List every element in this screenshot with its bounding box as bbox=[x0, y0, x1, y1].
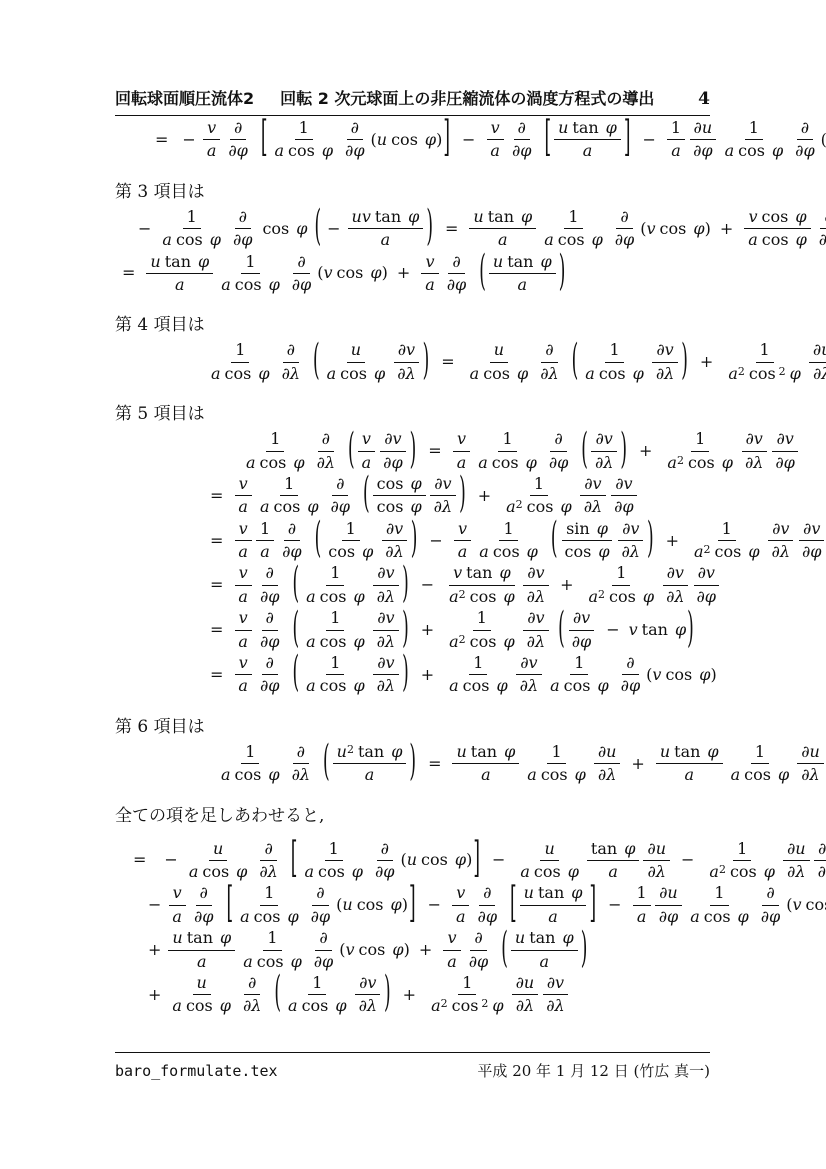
fraction: ∂∂φ bbox=[256, 609, 283, 651]
fraction: ∂∂φ bbox=[327, 475, 354, 517]
fraction: utanφa bbox=[452, 743, 519, 785]
equation-line: =−uacosφ∂∂λ[1acosφ∂∂φ(ucosφ)]−uacosφtanφ… bbox=[128, 840, 710, 882]
fraction: ∂v∂λ bbox=[652, 341, 678, 383]
fraction: vtanφa2cosφ bbox=[445, 564, 519, 606]
equation-line: =va1acosφ∂∂φ(cosφcosφ∂v∂λ)+1a2cosφ∂v∂λ∂v… bbox=[205, 475, 710, 517]
fraction: 1acosφ bbox=[475, 520, 542, 562]
bracket-group: [1acosφ∂∂φ(ucosφ)] bbox=[260, 119, 451, 161]
fraction: va bbox=[234, 654, 252, 696]
fraction: ∂∂λ bbox=[278, 341, 304, 383]
fraction: ∂v∂φ bbox=[692, 564, 719, 606]
fraction: ∂u∂φ bbox=[814, 840, 826, 882]
fraction: uacosφ bbox=[168, 974, 235, 1016]
section: 全ての項を足しあわせると,=−uacosφ∂∂λ[1acosφ∂∂φ(ucosφ… bbox=[115, 801, 710, 1016]
equation-line: =va∂∂φ(1acosφ∂v∂λ)+1acosφ∂v∂λ1acosφ∂∂φ(v… bbox=[205, 654, 710, 696]
fraction: ∂v∂λ bbox=[355, 974, 381, 1016]
bracket-group: (sinφcosφ∂v∂λ) bbox=[550, 520, 655, 562]
fraction: tanφa bbox=[587, 840, 639, 882]
fraction: ∂v∂φ bbox=[610, 475, 637, 517]
bracket-group: [utanφa] bbox=[543, 119, 631, 161]
section-heading: 第 4 項目は bbox=[115, 310, 710, 335]
fraction: ∂v∂λ bbox=[523, 609, 549, 651]
fraction: 1acosφ bbox=[302, 609, 369, 651]
bracket-group: (u2tanφa) bbox=[322, 743, 417, 785]
equation-line: =−va∂∂φ[1acosφ∂∂φ(ucosφ)]−va∂∂φ[utanφa]−… bbox=[150, 119, 710, 161]
fraction: uacosφ bbox=[185, 840, 252, 882]
fraction: 1acosφ bbox=[445, 654, 512, 696]
bracket-group: (∂v∂λ) bbox=[580, 430, 628, 472]
footer-date: 平成 20 年 1 月 12 日 (竹広 真一) bbox=[477, 1060, 710, 1081]
fraction: vcosφacosφ bbox=[744, 208, 811, 250]
fraction: va bbox=[234, 609, 252, 651]
fraction: ∂u∂λ bbox=[809, 341, 826, 383]
fraction: va bbox=[443, 929, 461, 971]
fraction: 1a2cosφ bbox=[585, 564, 659, 606]
fraction: ∂v∂φ bbox=[771, 430, 798, 472]
equation-line: 1acosφ∂∂λ(uacosφ∂v∂λ)=uacosφ∂∂λ(1acosφ∂v… bbox=[205, 341, 710, 383]
fraction: ∂∂λ bbox=[239, 974, 265, 1016]
bracket-group: (cosφcosφ∂v∂λ) bbox=[362, 475, 467, 517]
fraction: 1acosφ bbox=[270, 119, 337, 161]
section: 第 6 項目は1acosφ∂∂λ(u2tanφa)=utanφa1acosφ∂u… bbox=[115, 712, 710, 785]
fraction: 1a2cosφ bbox=[663, 430, 737, 472]
fraction: ∂∂φ bbox=[611, 208, 638, 250]
section: 第 5 項目は1acosφ∂∂λ(va∂v∂φ)=va1acosφ∂∂φ(∂v∂… bbox=[115, 399, 710, 696]
section: =−va∂∂φ[1acosφ∂∂φ(ucosφ)]−va∂∂φ[utanφa]−… bbox=[115, 119, 710, 161]
fraction: 1a bbox=[667, 119, 685, 161]
fraction: 1acosφ bbox=[236, 884, 303, 926]
fraction: ∂v∂λ bbox=[768, 520, 794, 562]
fraction: ∂v∂λ bbox=[580, 475, 606, 517]
equation-line: =va∂∂φ(1acosφ∂v∂λ)+1a2cosφ∂v∂λ(∂v∂φ−vtan… bbox=[205, 609, 710, 651]
header-section-title: 回転 2 次元球面上の非圧縮流体の渦度方程式の導出 bbox=[280, 86, 654, 109]
fraction: uvtanφa bbox=[348, 208, 424, 250]
fraction: ∂∂φ bbox=[545, 430, 572, 472]
bracket-group: [1acosφ∂∂φ(ucosφ)] bbox=[225, 884, 416, 926]
header-titles: 回転球面順圧流体2 回転 2 次元球面上の非圧縮流体の渦度方程式の導出 bbox=[115, 86, 654, 109]
fraction: 1a2cosφ bbox=[705, 840, 779, 882]
fraction: 1acosφ bbox=[581, 341, 648, 383]
fraction: 1acosφ bbox=[217, 253, 284, 295]
fraction: ∂v∂λ bbox=[381, 520, 407, 562]
fraction: 1a2cosφ bbox=[445, 609, 519, 651]
fraction: ∂v∂λ bbox=[373, 609, 399, 651]
fraction: 1acosφ bbox=[546, 654, 613, 696]
fraction: va bbox=[358, 430, 376, 472]
fraction: ∂∂φ bbox=[815, 208, 826, 250]
fraction: 1a2cosφ bbox=[690, 520, 764, 562]
fraction: va bbox=[486, 119, 504, 161]
fraction: 1acosφ bbox=[721, 119, 788, 161]
fraction: va bbox=[452, 884, 470, 926]
fraction: ∂v∂λ bbox=[542, 974, 568, 1016]
page: 回転球面順圧流体2 回転 2 次元球面上の非圧縮流体の渦度方程式の導出 4 =−… bbox=[0, 0, 826, 1169]
fraction: ∂v∂λ bbox=[516, 654, 542, 696]
bracket-group: (1acosφ∂v∂λ) bbox=[571, 341, 689, 383]
fraction: 1acosφ bbox=[686, 884, 753, 926]
bracket-group: (va∂v∂φ) bbox=[347, 430, 417, 472]
fraction: 1acosφ bbox=[284, 974, 351, 1016]
fraction: ∂∂φ bbox=[190, 884, 217, 926]
section-heading: 第 3 項目は bbox=[115, 177, 710, 202]
document-title: 回転球面順圧流体2 bbox=[115, 86, 254, 109]
fraction: va bbox=[168, 884, 186, 926]
fraction: ∂u∂φ bbox=[655, 884, 682, 926]
fraction: 1acosφ bbox=[474, 430, 541, 472]
fraction: ∂∂φ bbox=[288, 253, 315, 295]
fraction: cosφcosφ bbox=[373, 475, 426, 517]
bracket-group: (uacosφ∂v∂λ) bbox=[312, 341, 430, 383]
bracket-group: (∂v∂φ−vtanφ) bbox=[557, 609, 695, 651]
section-heading: 全ての項を足しあわせると, bbox=[115, 801, 710, 826]
footer-filename: baro_formulate.tex bbox=[115, 1062, 278, 1080]
fraction: 1a2cos2φ bbox=[724, 341, 805, 383]
fraction: ∂∂λ bbox=[313, 430, 339, 472]
fraction: 1cosφ bbox=[324, 520, 377, 562]
fraction: va bbox=[453, 430, 471, 472]
fraction: ∂∂φ bbox=[256, 654, 283, 696]
fraction: ∂v∂λ bbox=[618, 520, 644, 562]
fraction: 1acosφ bbox=[302, 654, 369, 696]
fraction: 1a bbox=[633, 884, 651, 926]
bracket-group: (1acosφ∂v∂λ) bbox=[291, 609, 409, 651]
fraction: utanφa bbox=[554, 119, 621, 161]
bracket-group: (utanφa) bbox=[500, 929, 588, 971]
fraction: 1acosφ bbox=[727, 743, 794, 785]
fraction: utanφa bbox=[469, 208, 536, 250]
fraction: ∂∂φ bbox=[465, 929, 492, 971]
document-body: =−va∂∂φ[1acosφ∂∂φ(ucosφ)]−va∂∂φ[utanφa]−… bbox=[115, 119, 710, 1016]
equation-line: =va1a∂∂φ(1cosφ∂v∂λ)−va1acosφ(sinφcosφ∂v∂… bbox=[205, 520, 710, 562]
equation-line: −1acosφ∂∂φcosφ(−uvtanφa)=utanφa1acosφ∂∂φ… bbox=[133, 208, 710, 250]
bracket-group: (1acosφ∂v∂λ) bbox=[291, 564, 409, 606]
fraction: uacosφ bbox=[516, 840, 583, 882]
fraction: utanφa bbox=[489, 253, 556, 295]
bracket-group: (utanφa) bbox=[478, 253, 566, 295]
fraction: ∂∂λ bbox=[288, 743, 314, 785]
page-number: 4 bbox=[698, 89, 710, 109]
fraction: 1acosφ bbox=[540, 208, 607, 250]
fraction: 1a2cosφ bbox=[502, 475, 576, 517]
fraction: ∂∂φ bbox=[341, 119, 368, 161]
section-heading: 第 5 項目は bbox=[115, 399, 710, 424]
section: 第 4 項目は1acosφ∂∂λ(uacosφ∂v∂λ)=uacosφ∂∂λ(1… bbox=[115, 310, 710, 383]
fraction: 1acosφ bbox=[242, 430, 309, 472]
fraction: utanφa bbox=[656, 743, 723, 785]
fraction: ∂∂φ bbox=[278, 520, 305, 562]
fraction: 1acosφ bbox=[217, 743, 284, 785]
fraction: utanφa bbox=[520, 884, 587, 926]
equation-line: =va∂∂φ(1acosφ∂v∂λ)−vtanφa2cosφ∂v∂λ+1a2co… bbox=[205, 564, 710, 606]
fraction: ∂∂φ bbox=[371, 840, 398, 882]
fraction: ∂v∂λ bbox=[430, 475, 456, 517]
section-heading: 第 6 項目は bbox=[115, 712, 710, 737]
fraction: 1acosφ bbox=[300, 840, 367, 882]
fraction: uacosφ bbox=[323, 341, 390, 383]
fraction: ∂∂φ bbox=[229, 208, 256, 250]
equation-line: =utanφa1acosφ∂∂φ(vcosφ)+va∂∂φ(utanφa) bbox=[117, 253, 710, 295]
fraction: ∂v∂λ bbox=[373, 654, 399, 696]
fraction: uacosφ bbox=[466, 341, 533, 383]
fraction: ∂∂φ bbox=[307, 884, 334, 926]
equation-line: 1acosφ∂∂λ(va∂v∂φ)=va1acosφ∂∂φ(∂v∂λ)+1a2c… bbox=[240, 430, 710, 472]
fraction: ∂u∂λ bbox=[594, 743, 621, 785]
fraction: ∂∂φ bbox=[443, 253, 470, 295]
fraction: utanφa bbox=[168, 929, 235, 971]
fraction: 1acosφ bbox=[256, 475, 323, 517]
equation-line: 1acosφ∂∂λ(u2tanφa)=utanφa1acosφ∂u∂λ+utan… bbox=[215, 743, 710, 785]
fraction: va bbox=[234, 520, 252, 562]
fraction: ∂u∂λ bbox=[643, 840, 670, 882]
bracket-group: (−uvtanφa) bbox=[313, 208, 434, 250]
fraction: ∂u∂λ bbox=[512, 974, 539, 1016]
fraction: ∂u∂λ bbox=[797, 743, 824, 785]
fraction: ∂v∂φ bbox=[798, 520, 825, 562]
fraction: ∂v∂λ bbox=[373, 564, 399, 606]
equation-line: +utanφa1acosφ∂∂φ(vcosφ)+va∂∂φ(utanφa) bbox=[143, 929, 710, 971]
fraction: utanφa bbox=[511, 929, 578, 971]
bracket-group: [utanφa] bbox=[509, 884, 597, 926]
fraction: ∂v∂φ bbox=[568, 609, 595, 651]
fraction: ∂∂φ bbox=[256, 564, 283, 606]
fraction: va bbox=[234, 564, 252, 606]
fraction: 1a bbox=[256, 520, 274, 562]
bracket-group: [1acosφ∂∂φ(ucosφ)] bbox=[290, 840, 481, 882]
fraction: ∂v∂λ bbox=[523, 564, 549, 606]
bracket-group: (1acosφ∂v∂λ) bbox=[273, 974, 391, 1016]
bracket-group: (1cosφ∂v∂λ) bbox=[314, 520, 419, 562]
fraction: ∂v∂λ bbox=[662, 564, 688, 606]
fraction: ∂u∂φ bbox=[689, 119, 716, 161]
fraction: u2tanφa bbox=[333, 743, 407, 785]
fraction: ∂v∂λ bbox=[591, 430, 617, 472]
fraction: 1acosφ bbox=[302, 564, 369, 606]
fraction: 1a2cos2φ bbox=[427, 974, 508, 1016]
fraction: ∂v∂φ bbox=[379, 430, 406, 472]
page-header: 回転球面順圧流体2 回転 2 次元球面上の非圧縮流体の渦度方程式の導出 4 bbox=[115, 86, 710, 116]
fraction: utanφa bbox=[146, 253, 213, 295]
section: 第 3 項目は−1acosφ∂∂φcosφ(−uvtanφa)=utanφa1a… bbox=[115, 177, 710, 295]
fraction: ∂∂φ bbox=[757, 884, 784, 926]
bracket-group: (1acosφ∂v∂λ) bbox=[291, 654, 409, 696]
fraction: 1acosφ bbox=[158, 208, 225, 250]
fraction: ∂∂φ bbox=[508, 119, 535, 161]
fraction: va bbox=[421, 253, 439, 295]
fraction: va bbox=[234, 475, 252, 517]
fraction: va bbox=[454, 520, 472, 562]
fraction: ∂∂λ bbox=[255, 840, 281, 882]
fraction: ∂∂φ bbox=[310, 929, 337, 971]
fraction: 1acosφ bbox=[523, 743, 590, 785]
equation-line: −va∂∂φ[1acosφ∂∂φ(ucosφ)]−va∂∂φ[utanφa]−1… bbox=[143, 884, 710, 926]
equation-line: +uacosφ∂∂λ(1acosφ∂v∂λ)+1a2cos2φ∂u∂λ∂v∂λ bbox=[143, 974, 710, 1016]
fraction: 1acosφ bbox=[207, 341, 274, 383]
fraction: ∂v∂λ bbox=[741, 430, 767, 472]
fraction: ∂u∂λ bbox=[783, 840, 810, 882]
fraction: ∂∂φ bbox=[224, 119, 251, 161]
fraction: ∂v∂λ bbox=[393, 341, 419, 383]
fraction: sinφcosφ bbox=[561, 520, 614, 562]
fraction: ∂∂φ bbox=[474, 884, 501, 926]
fraction: ∂∂φ bbox=[791, 119, 818, 161]
page-footer: baro_formulate.tex 平成 20 年 1 月 12 日 (竹広 … bbox=[115, 1052, 710, 1081]
fraction: ∂∂λ bbox=[536, 341, 562, 383]
fraction: ∂∂φ bbox=[617, 654, 644, 696]
fraction: va bbox=[203, 119, 221, 161]
fraction: 1acosφ bbox=[239, 929, 306, 971]
